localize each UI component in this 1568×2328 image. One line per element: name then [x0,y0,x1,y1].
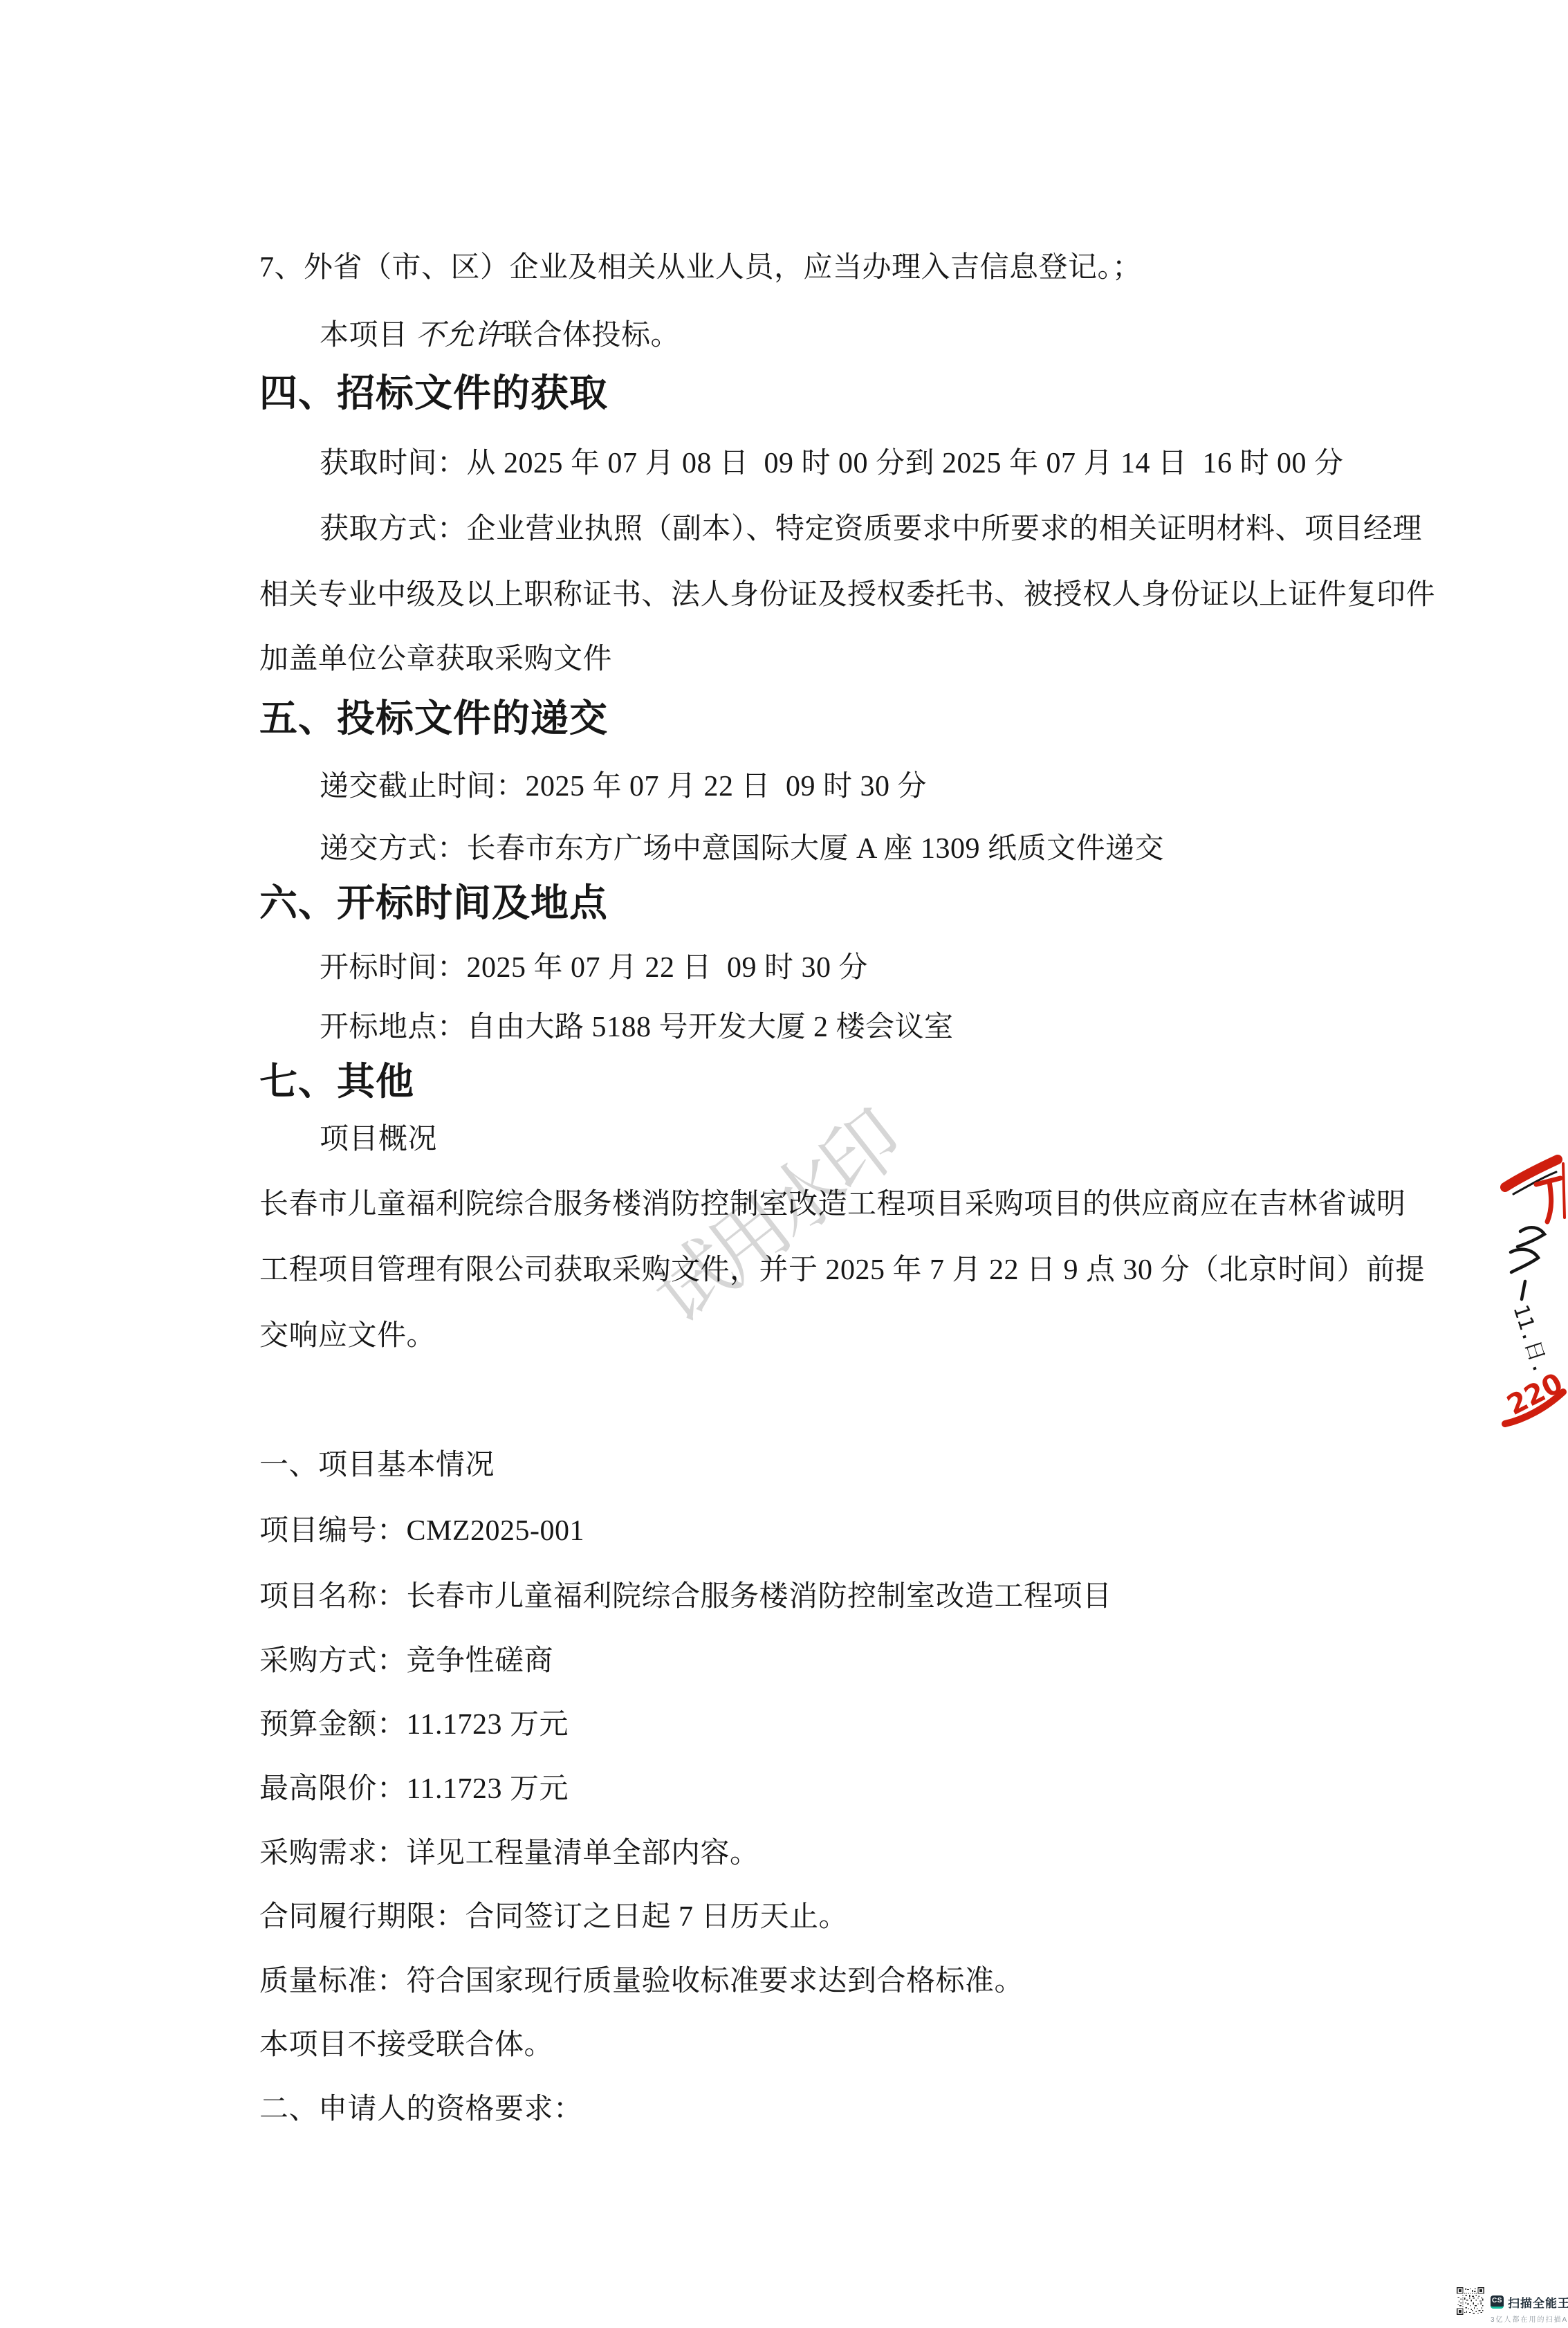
camscanner-app-name: 扫描全能王 [1508,2293,1568,2311]
handwritten-margin-note: 11.日. 220 [1493,1143,1568,1430]
basic-info-heading: 一、项目基本情况 [259,1448,495,1483]
no-jv-prefix: 本项目 [320,320,416,351]
price-cap: 最高限价：11.1723 万元 [259,1772,569,1806]
budget-amount: 预算金额：11.1723 万元 [259,1707,569,1742]
obtain-method-line1: 获取方式：企业营业执照（副本）、特定资质要求中所要求的相关证明材料、项目经理 [320,512,1422,547]
camscanner-logo-icon: CS [1491,2295,1504,2309]
red-vertical-stroke [1563,1164,1565,1218]
qr-code [1457,2287,1484,2315]
black-tick [1522,1281,1525,1299]
obtain-method-line2: 相关专业中级及以上职称证书、法人身份证及授权委托书、被授权人身份证以上证件复印件 [259,578,1435,612]
red-ding-stem [1547,1181,1551,1222]
no-jv-italic: 不允许 [416,320,504,351]
opening-time: 开标时间：2025 年 07 月 22 日 09 时 30 分 [320,951,868,985]
camscanner-watermark: CS 扫描全能王 3亿人都在用的扫描App [1457,2287,1568,2324]
note-date-text: 11.日. [1508,1302,1553,1377]
clause-7: 7、外省（市、区）企业及相关从业人员，应当办理入吉信息登记。； [259,250,1142,285]
black-scribble-2 [1511,1249,1538,1272]
submit-deadline: 递交截止时间：2025 年 07 月 22 日 09 时 30 分 [320,769,927,804]
submit-method: 递交方式：长春市东方广场中意国际大厦 A 座 1309 纸质文件递交 [320,832,1164,866]
no-joint-venture-line: 本项目 不允许联合体投标。 [320,318,680,353]
procurement-demand: 采购需求：详见工程量清单全部内容。 [259,1836,759,1871]
black-scribble-1 [1518,1227,1544,1247]
overview-paragraph-line2: 工程项目管理有限公司获取采购文件，并于 2025 年 7 月 22 日 9 点 … [259,1253,1425,1287]
section6-heading: 六、开标时间及地点 [259,880,608,926]
no-consortium-line: 本项目不接受联合体。 [259,2028,553,2062]
section5-heading: 五、投标文件的递交 [259,695,608,741]
obtain-time: 获取时间：从 2025 年 07 月 08 日 09 时 00 分到 2025 … [320,446,1344,481]
project-name: 项目名称：长春市儿童福利院综合服务楼消防控制室改造工程项目 [259,1579,1112,1614]
section7-heading: 七、其他 [259,1058,414,1104]
camscanner-brand-block: CS 扫描全能王 3亿人都在用的扫描App [1491,2287,1568,2324]
procurement-method: 采购方式：竞争性磋商 [259,1644,553,1678]
no-jv-suffix: 联合体投标。 [504,320,680,351]
brand-row: CS 扫描全能王 [1491,2293,1568,2311]
section4-heading: 四、招标文件的获取 [259,370,608,416]
qualification-heading: 二、申请人的资格要求： [259,2092,583,2127]
obtain-method-line3: 加盖单位公章获取采购文件 [259,642,612,677]
opening-place: 开标地点：自由大路 5188 号开发大厦 2 楼会议室 [320,1010,954,1045]
project-overview-label: 项目概况 [320,1122,437,1157]
overview-paragraph-line3: 交响应文件。 [259,1319,436,1353]
contract-duration: 合同履行期限：合同签订之日起 7 日历天止。 [259,1900,848,1934]
camscanner-tagline: 3亿人都在用的扫描App [1491,2313,1568,2324]
scanned-document-page: 试用水印 7、外省（市、区）企业及相关从业人员，应当办理入吉信息登记。； 本项目… [0,0,1568,2328]
overview-paragraph-line1: 长春市儿童福利院综合服务楼消防控制室改造工程项目采购项目的供应商应在吉林省诚明 [259,1187,1406,1222]
quality-standard: 质量标准：符合国家现行质量验收标准要求达到合格标准。 [259,1964,1024,1999]
project-number: 项目编号：CMZ2025-001 [259,1514,584,1548]
